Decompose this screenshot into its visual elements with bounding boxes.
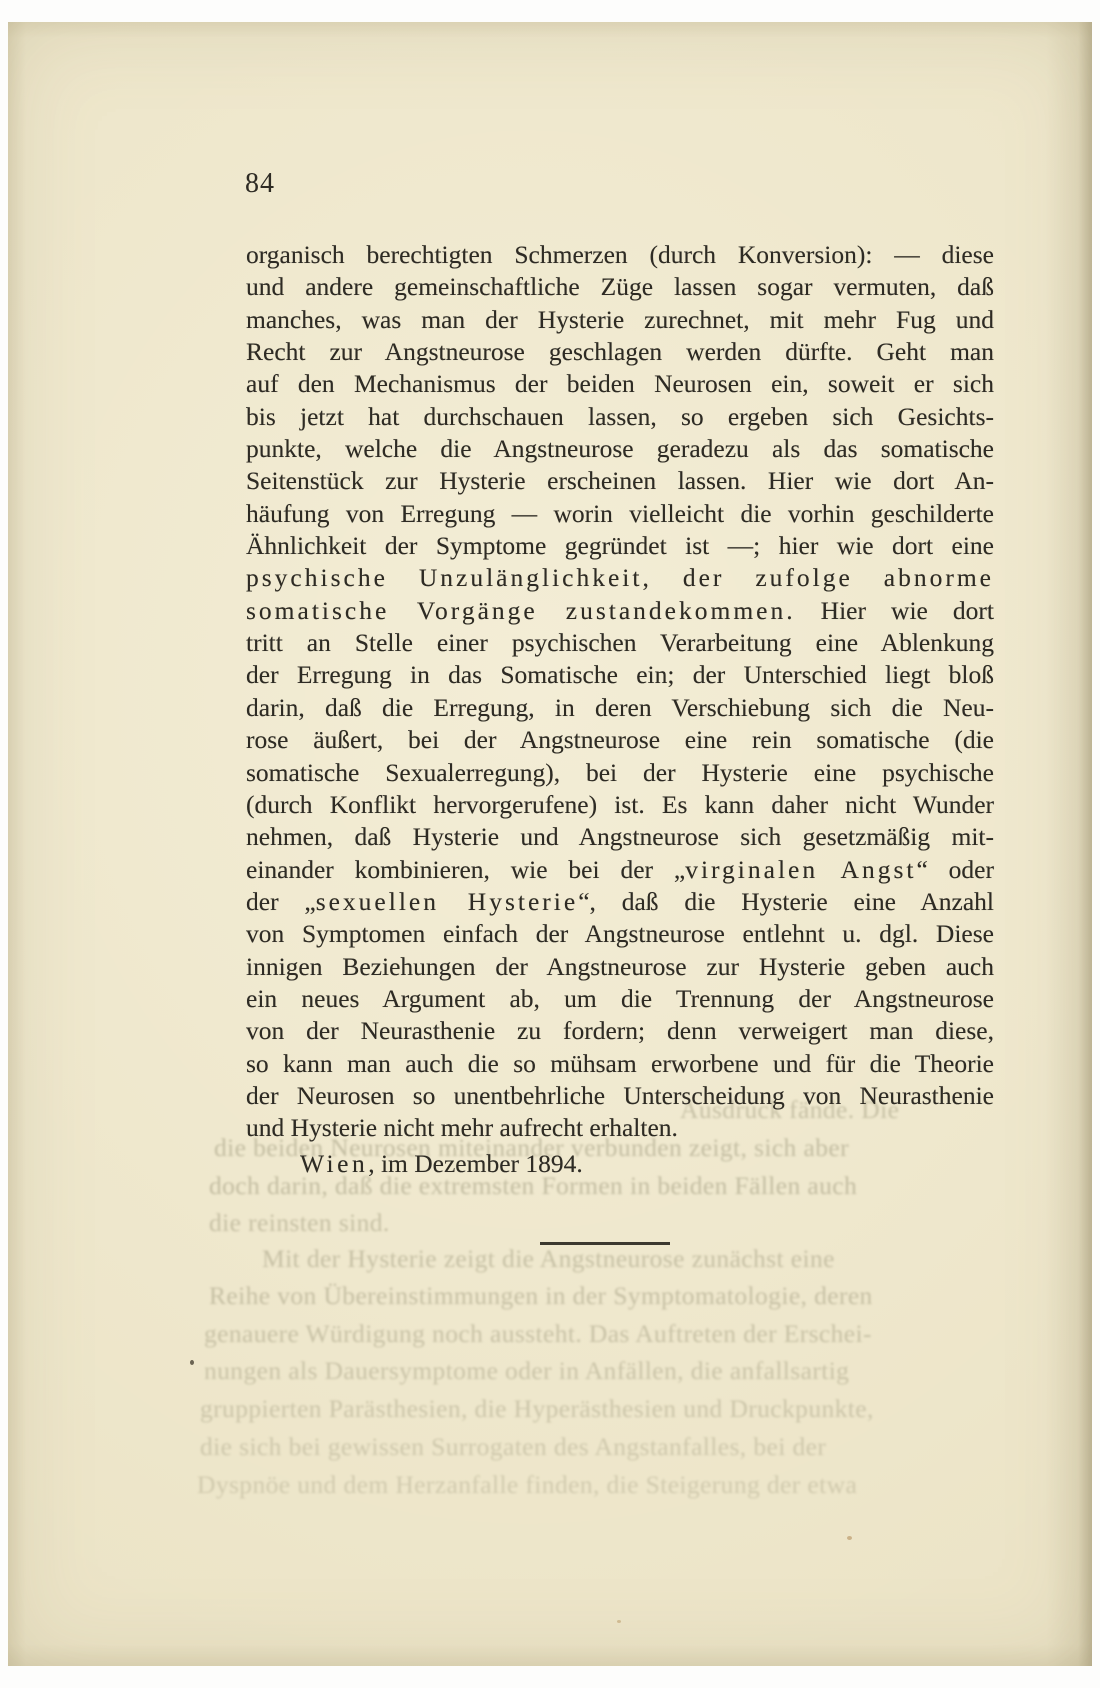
bleedthrough-line: nungen als Dauersymptome oder in Anfälle… [204,1356,849,1386]
text-line: der Erregung in das Somatische ein; der … [246,659,994,691]
text-line: punkte, welche die Angstneurose geradezu… [246,433,994,465]
bleedthrough-line: Reihe von Übereinstimmungen in der Sympt… [209,1281,873,1311]
text-line: von Symptomen einfach der Angstneurose e… [246,918,994,950]
text-line: auf den Mechanismus der beiden Neurosen … [246,368,994,400]
book-page: Ausdruck fände. Diedie beiden Neurosen m… [8,22,1092,1666]
paper-speck [190,1360,194,1365]
text-line: darin, daß die Erregung, in deren Versch… [246,692,994,724]
text-line: häufung von Erregung — worin vielleicht … [246,498,994,530]
paper-speck [847,1536,852,1540]
text-line: und Hysterie nicht mehr aufrecht erhalte… [246,1112,994,1144]
body-text: organisch berechtigten Schmerzen (durch … [246,239,994,1145]
bleedthrough-line: genauere Würdigung noch aussteht. Das Au… [204,1319,872,1349]
text-line: von der Neurasthenie zu fordern; denn ve… [246,1015,994,1047]
text-line: Recht zur Angstneurose geschlagen werden… [246,336,994,368]
text-line: somatische Vorgänge zustandekommen. Hier… [246,595,994,627]
date-rest: , im Dezember 1894. [368,1149,583,1178]
text-line: innigen Beziehungen der Angstneurose zur… [246,951,994,983]
scan-background: Ausdruck fände. Diedie beiden Neurosen m… [0,0,1100,1688]
date-city: Wien [300,1149,368,1178]
text-line: (durch Konflikt hervorgerufene) ist. Es … [246,789,994,821]
text-line: Ähnlichkeit der Symptome gegründet ist —… [246,530,994,562]
text-line: Seitenstück zur Hysterie erscheinen lass… [246,465,994,497]
bleedthrough-line: Mit der Hysterie zeigt die Angstneurose … [262,1244,835,1274]
text-line: der Neurosen so unentbehrliche Untersche… [246,1080,994,1112]
text-line: nehmen, daß Hysterie und Angstneurose si… [246,821,994,853]
bleedthrough-line: die sich bei gewissen Surrogaten des Ang… [200,1432,826,1462]
bleedthrough-line: die reinsten sind. [209,1208,390,1238]
paper-speck [617,1620,621,1623]
date-line: Wien, im Dezember 1894. [300,1148,583,1180]
text-line: manches, was man der Hysterie zurechnet,… [246,304,994,336]
text-line: ein neues Argument ab, um die Trennung d… [246,983,994,1015]
section-divider-rule [540,1242,670,1245]
bleedthrough-line: gruppierten Parästhesien, die Hyperästhe… [200,1394,874,1424]
text-line: rose äußert, bei der Angstneurose eine r… [246,724,994,756]
text-line: tritt an Stelle einer psychischen Verarb… [246,627,994,659]
text-line: der „sexuellen Hysterie“, daß die Hyster… [246,886,994,918]
text-line: bis jetzt hat durchschauen lassen, so er… [246,401,994,433]
text-line: einander kombinieren, wie bei der „virgi… [246,854,994,886]
text-line: so kann man auch die so mühsam erworbene… [246,1048,994,1080]
text-line: und andere gemeinschaftliche Züge lassen… [246,271,994,303]
text-line: psychische Unzulänglichkeit, der zufolge… [246,562,994,594]
text-line: somatische Sexualerregung), bei der Hyst… [246,757,994,789]
bleedthrough-line: Dyspnöe und dem Herzanfalle finden, die … [197,1470,857,1500]
text-line: organisch berechtigten Schmerzen (durch … [246,239,994,271]
